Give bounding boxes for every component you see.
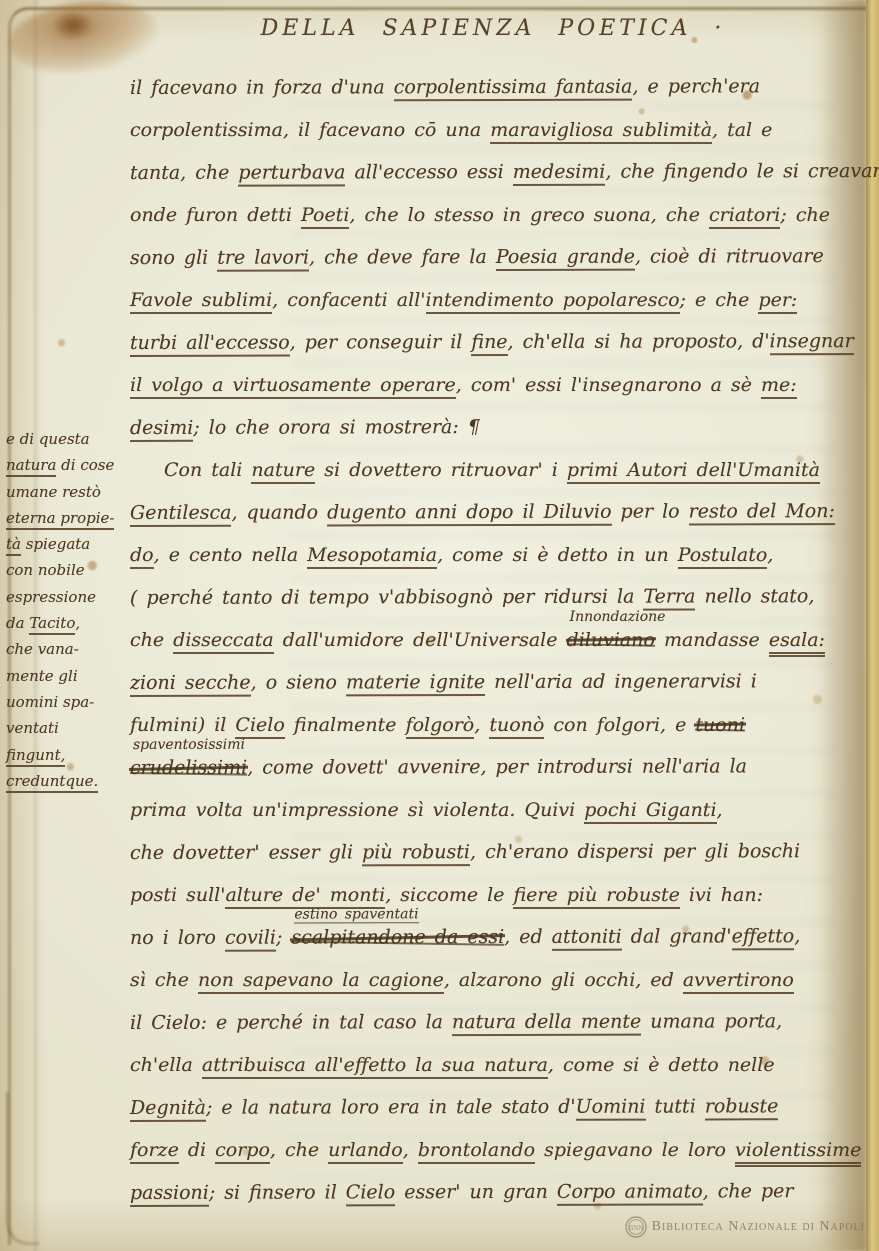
text-segment: e di questa xyxy=(6,430,90,448)
underlined-text: perturbava xyxy=(238,161,345,186)
text-line: onde furon detti Poeti, che lo stesso in… xyxy=(130,194,866,237)
underlined-text: nature xyxy=(251,459,315,484)
text-line: passioni; si finsero il Cielo esser' un … xyxy=(130,1170,866,1214)
underlined-text: non sapevano la cagione xyxy=(198,969,444,994)
text-segment: , come dovett' avvenire, per introdursi … xyxy=(247,755,747,778)
text-segment: umana porta, xyxy=(641,1010,782,1032)
underlined-text: forze xyxy=(130,1139,179,1164)
text-segment: , come si è detto in un xyxy=(437,544,678,566)
body-text: il facevano in forza d'una corpolentissi… xyxy=(130,66,866,1214)
text-segment: ch'ella xyxy=(130,1054,202,1076)
struck-text: tuoni xyxy=(695,704,745,747)
text-line: che disseccata dall'umidore dell'Univers… xyxy=(130,619,866,662)
underlined-text: corpolentissima fantasia xyxy=(394,76,633,102)
page-edge-corner xyxy=(6,1092,39,1245)
text-line: uomini spa- xyxy=(6,689,122,715)
correction: estino spaventatiscalpitandone da essi xyxy=(291,916,504,959)
stain xyxy=(52,10,94,40)
text-segment: uomini spa- xyxy=(6,693,94,711)
correction: Innondazionediluviano xyxy=(567,619,655,662)
text-segment: il Cielo: e perché in tal caso la xyxy=(130,1011,452,1034)
underlined-text: turbi all'eccesso xyxy=(130,332,290,357)
text-segment: , xyxy=(403,1139,418,1161)
text-segment: che vana- xyxy=(6,640,79,658)
underlined-text: avvertirono xyxy=(683,969,794,994)
text-segment: , ed xyxy=(504,926,552,948)
text-line: ch'ella attribuisca all'effetto la sua n… xyxy=(130,1044,866,1087)
underlined-text: Poesia grande xyxy=(496,246,635,271)
underlined-text: attoniti xyxy=(552,926,622,951)
text-line: forze di corpo, che urlando, brontolando… xyxy=(130,1129,866,1172)
underlined-text: natura della mente xyxy=(452,1011,641,1036)
text-segment: posti sull' xyxy=(130,884,225,906)
underlined-text: disseccata xyxy=(173,629,274,654)
text-segment: finalmente xyxy=(285,714,406,736)
underlined-text: Favole sublimi xyxy=(130,289,272,314)
text-line: da Tacito, xyxy=(6,610,122,636)
library-stamp-label: Biblioteca Nazionale di Napoli xyxy=(652,1219,865,1235)
text-line: natura di cose xyxy=(6,452,122,478)
text-line: il facevano in forza d'una corpolentissi… xyxy=(130,65,866,109)
underlined-text: eterna propie- xyxy=(6,509,114,530)
text-line: fingunt, xyxy=(6,742,122,768)
underlined-text: il volgo a virtuosamente operare xyxy=(130,374,456,399)
underlined-text: Uomini xyxy=(576,1096,646,1121)
underlined-text: dugento anni dopo il Diluvio xyxy=(327,501,611,527)
underlined-text: do xyxy=(130,544,154,569)
page-stack-edge xyxy=(866,0,879,1251)
text-line: prima volta un'impressione sì violenta. … xyxy=(130,789,866,832)
underlined-text: Corpo animato xyxy=(557,1180,703,1205)
text-line: il Cielo: e perché in tal caso la natura… xyxy=(130,1000,866,1044)
text-segment: espressione xyxy=(6,588,96,606)
underlined-text: materie ignite xyxy=(346,671,485,696)
underlined-text: Postulato xyxy=(678,544,768,569)
text-segment: ; e che xyxy=(680,289,759,311)
text-segment: per lo xyxy=(611,501,688,523)
text-segment: , xyxy=(794,925,800,947)
underlined-text: più robusti xyxy=(362,841,470,866)
text-segment: mente gli xyxy=(6,667,78,685)
text-segment: no i loro xyxy=(130,927,225,949)
library-stamp: BNN Biblioteca Nazionale di Napoli xyxy=(625,1216,865,1238)
text-segment: corpolentissima, il facevano cō una xyxy=(130,119,490,141)
text-segment: Con tali xyxy=(164,459,251,481)
underlined-text: tà xyxy=(6,535,21,556)
text-line: e di questa xyxy=(6,426,122,452)
text-line: ventati xyxy=(6,715,122,741)
text-segment: , xyxy=(75,614,80,632)
text-segment: fulmini) il xyxy=(130,714,235,736)
text-line: umane restò xyxy=(6,479,122,505)
text-line: creduntque. xyxy=(6,768,122,794)
text-segment: ; che xyxy=(780,204,830,226)
underlined-text: effetto xyxy=(732,925,795,950)
underlined-text: desimi xyxy=(130,417,193,442)
text-line: do, e cento nella Mesopotamia, come si è… xyxy=(130,534,866,577)
text-segment: dall'umidore dell'Universale xyxy=(274,629,567,651)
text-segment: spiegavano le loro xyxy=(535,1139,735,1161)
struck-text: diluviano xyxy=(567,619,655,662)
underlined-text: attribuisca all'effetto la sua natura xyxy=(202,1054,548,1079)
library-emblem-icon: BNN xyxy=(625,1216,647,1238)
underlined-text: natura xyxy=(6,456,56,477)
text-segment: , alzarono gli occhi, ed xyxy=(444,969,683,991)
underlined-text: folgorò xyxy=(406,714,475,739)
text-segment: , e perch'era xyxy=(632,75,760,97)
text-segment: , siccome le xyxy=(385,884,513,906)
text-segment: sì che xyxy=(130,969,198,991)
text-segment: umane restò xyxy=(6,483,101,501)
underlined-text: me: xyxy=(761,374,797,399)
underlined-text: brontolando xyxy=(418,1139,535,1164)
text-segment: di cose xyxy=(56,456,114,474)
text-segment: , che fingendo le si creavano, xyxy=(605,160,879,183)
correction: spaventosissimicrudelissimi xyxy=(130,747,247,790)
text-segment: onde furon detti xyxy=(130,204,301,226)
text-segment: il facevano in forza d'una xyxy=(130,76,394,99)
underlined-text: Mesopotamia xyxy=(307,544,437,569)
text-line: con nobile xyxy=(6,557,122,583)
text-segment: , tal e xyxy=(712,119,772,141)
underlined-text: maravigliosa sublimità xyxy=(490,119,712,144)
text-segment: ivi han: xyxy=(680,884,763,906)
text-segment: tanta, che xyxy=(130,162,238,184)
underlined-text: zioni secche xyxy=(130,672,251,697)
underlined-text: covili xyxy=(225,927,276,952)
underlined-text: intendimento popolaresco xyxy=(426,289,680,314)
underlined-text: urlando xyxy=(328,1139,403,1164)
text-line: che vana- xyxy=(6,636,122,662)
text-segment: , che deve fare la xyxy=(309,246,496,268)
text-segment: , ch'erano dispersi per gli boschi xyxy=(470,840,800,863)
underlined-text: primi Autori dell'Umanità xyxy=(567,459,820,484)
text-segment: , xyxy=(767,544,773,566)
text-line: ( perché tanto di tempo v'abbisognò per … xyxy=(130,575,866,619)
underlined-text: passioni xyxy=(130,1182,209,1207)
struck-text: scalpitandone da essi xyxy=(291,916,504,959)
text-segment: , come si è detto nelle xyxy=(548,1054,775,1076)
underlined-text: medesimi xyxy=(513,161,606,186)
text-segment: sono gli xyxy=(130,247,217,269)
manuscript-page: DELLA SAPIENZA POETICA · e di questanatu… xyxy=(0,0,879,1251)
text-segment: che dovetter' esser gli xyxy=(130,841,362,864)
text-segment: da xyxy=(6,614,29,632)
text-segment: , quando xyxy=(231,501,327,523)
text-line: turbi all'eccesso, per conseguir il fine… xyxy=(130,320,866,364)
text-line: tà spiegata xyxy=(6,531,122,557)
text-segment: nell'aria ad ingenerarvisi i xyxy=(485,670,757,693)
page-title: DELLA SAPIENZA POETICA · xyxy=(130,16,856,41)
text-segment: , com' essi l'insegnarono a sè xyxy=(456,374,761,396)
underlined-text: fiere più robuste xyxy=(513,884,679,909)
underlined-text: resto del Mon: xyxy=(689,500,835,525)
underlined-text: tre lavori xyxy=(217,246,309,271)
text-segment: con nobile xyxy=(6,561,85,579)
text-segment: , ch'ella si ha proposto, d' xyxy=(508,330,770,353)
text-line: che dovetter' esser gli più robusti, ch'… xyxy=(130,830,866,874)
text-segment: , per conseguir il xyxy=(290,331,472,353)
text-segment: nello stato, xyxy=(695,585,814,607)
text-segment: , o sieno xyxy=(251,671,346,693)
text-line: il volgo a virtuosamente operare, com' e… xyxy=(130,364,866,407)
text-segment: ; si finsero il xyxy=(209,1181,346,1203)
underlined-text: robuste xyxy=(705,1095,779,1120)
underlined-text: creduntque. xyxy=(6,772,98,793)
text-segment: ; e la natura loro era in tale stato d' xyxy=(206,1096,576,1119)
text-line: desimi; lo che orora si mostrerà: ¶ xyxy=(130,405,866,449)
text-line: spaventosissimicrudelissimi, come dovett… xyxy=(130,745,866,789)
underlined-text: Gentilesca xyxy=(130,502,231,527)
text-segment: si dovettero ritruovar' i xyxy=(315,459,567,481)
text-segment: , che per xyxy=(703,1180,794,1202)
text-segment: tutti xyxy=(645,1095,704,1117)
text-segment: all'eccesso essi xyxy=(345,161,512,183)
text-line: no i loro covili; estino spaventatiscalp… xyxy=(130,915,866,959)
text-line: corpolentissima, il facevano cō una mara… xyxy=(130,109,866,152)
library-emblem-monogram: BNN xyxy=(628,1224,643,1232)
text-line: Degnità; e la natura loro era in tale st… xyxy=(130,1085,866,1129)
text-line: zioni secche, o sieno materie ignite nel… xyxy=(130,660,866,704)
text-segment: ventati xyxy=(6,719,59,737)
underlined-text: esala: xyxy=(769,629,825,657)
text-segment: , xyxy=(474,714,489,736)
underlined-text: fine xyxy=(471,331,507,356)
text-segment: ( perché tanto di tempo v'abbisognò per … xyxy=(130,586,644,609)
underlined-text: corpo xyxy=(215,1139,270,1164)
underlined-text: violentissime xyxy=(735,1139,861,1167)
text-segment: , confacenti all' xyxy=(272,289,425,311)
text-line: Gentilesca, quando dugento anni dopo il … xyxy=(130,490,866,534)
text-segment: spiegata xyxy=(21,535,90,553)
underlined-text: Poeti xyxy=(301,204,349,229)
margin-note: e di questanatura di coseumane restòeter… xyxy=(6,426,122,794)
text-segment: esser' un gran xyxy=(395,1181,557,1203)
text-segment: prima volta un'impressione sì violenta. … xyxy=(130,799,584,821)
underlined-text: Terra xyxy=(643,585,695,610)
text-line: sì che non sapevano la cagione, alzarono… xyxy=(130,959,866,1002)
text-segment: , xyxy=(717,799,723,821)
text-segment: con folgori, e xyxy=(544,714,695,736)
text-segment: , che lo stesso in greco suona, che xyxy=(349,204,709,226)
text-segment: , che xyxy=(270,1139,328,1161)
text-line: espressione xyxy=(6,584,122,610)
text-segment: ; lo che orora si mostrerà: ¶ xyxy=(193,416,480,439)
underlined-text: Cielo xyxy=(346,1181,395,1206)
underlined-text: criatori xyxy=(709,204,780,229)
text-segment: , cioè di ritruovare xyxy=(635,245,824,267)
text-segment: mandasse xyxy=(655,629,769,651)
underlined-text: Degnità xyxy=(130,1097,206,1122)
underlined-text: pochi Giganti xyxy=(584,799,716,824)
underlined-text: tuonò xyxy=(489,714,544,739)
text-line: Favole sublimi, confacenti all'intendime… xyxy=(130,279,866,322)
underlined-text: Tacito xyxy=(29,614,75,635)
text-line: posti sull'alture de' monti, siccome le … xyxy=(130,874,866,917)
underlined-text: per: xyxy=(758,289,797,314)
text-line: tanta, che perturbava all'eccesso essi m… xyxy=(130,150,866,194)
underlined-text: alture de' monti xyxy=(225,884,385,909)
text-segment: di xyxy=(179,1139,215,1161)
text-segment: dal grand' xyxy=(622,925,732,947)
underlined-text: Cielo xyxy=(235,714,284,739)
underlined-text: insegnar xyxy=(770,330,854,355)
text-line: sono gli tre lavori, che deve fare la Po… xyxy=(130,235,866,279)
text-segment: , e cento nella xyxy=(154,544,308,566)
struck-text: crudelissimi xyxy=(130,747,247,790)
underlined-text: fingunt, xyxy=(6,746,65,767)
text-segment: che xyxy=(130,629,173,651)
text-line: eterna propie- xyxy=(6,505,122,531)
text-line: Con tali nature si dovettero ritruovar' … xyxy=(130,449,866,492)
text-line: mente gli xyxy=(6,663,122,689)
